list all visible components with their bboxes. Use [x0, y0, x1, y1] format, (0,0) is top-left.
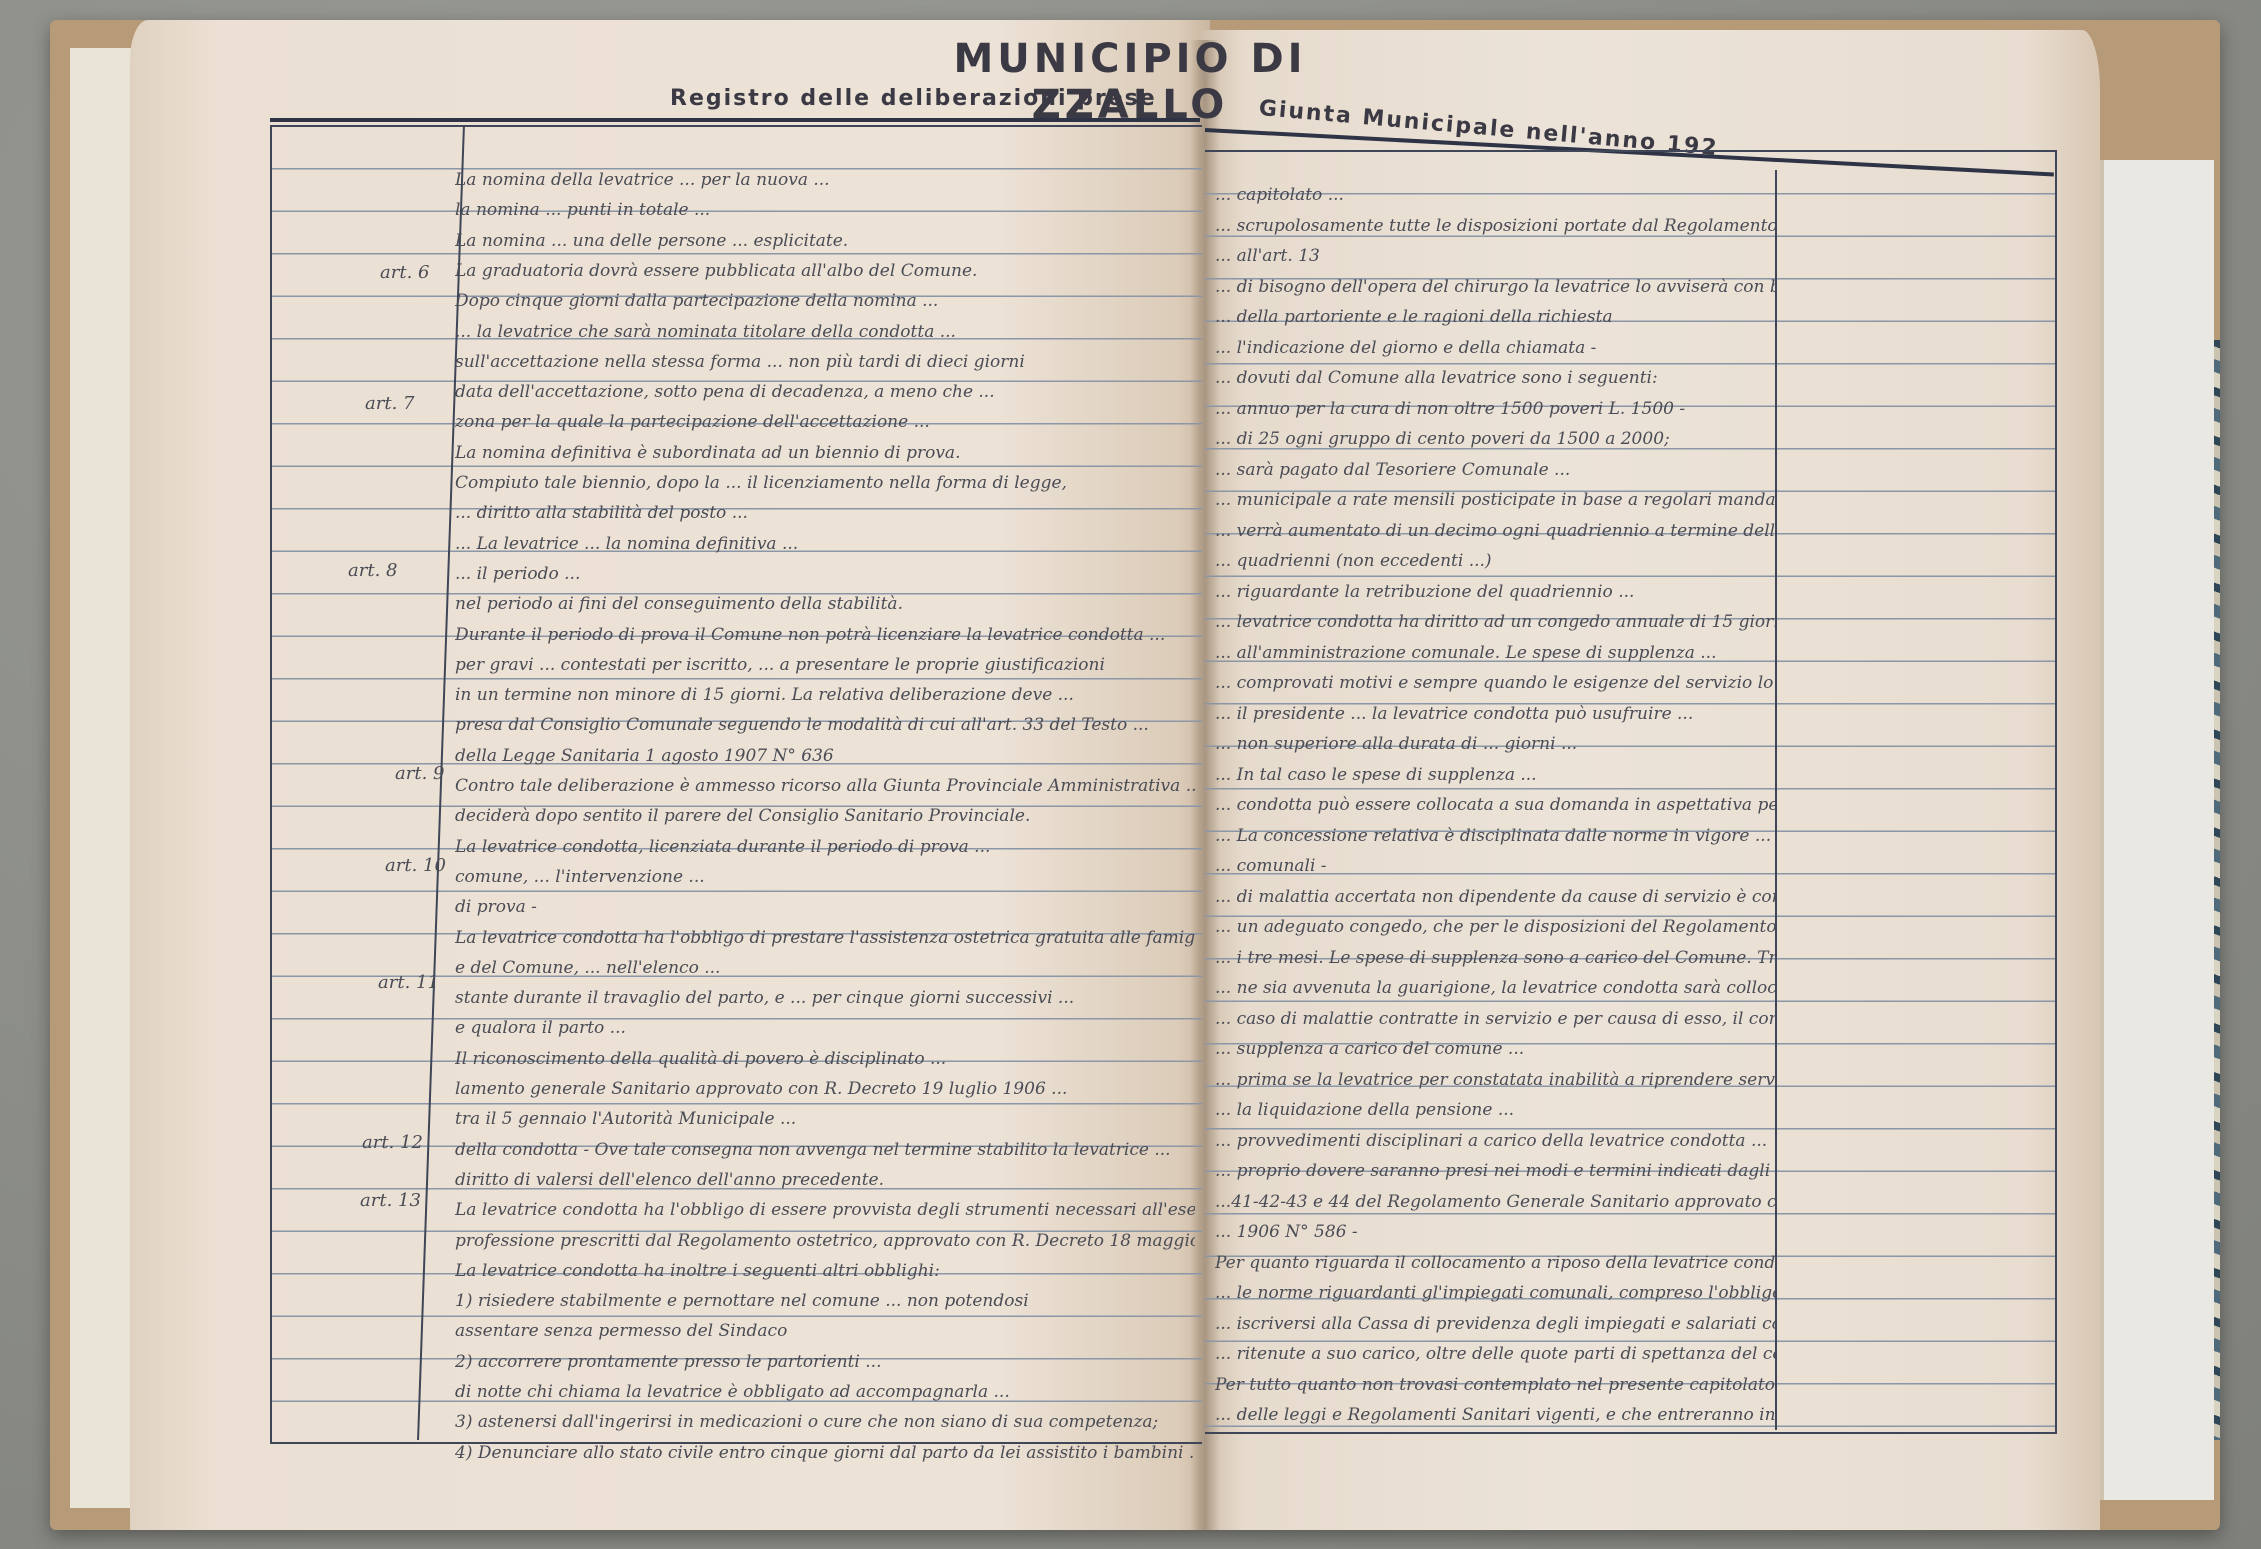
- title-left: MUNICIPIO DI: [953, 36, 1306, 82]
- handwritten-line: e del Comune, ... nell'elenco ...: [455, 958, 1195, 978]
- handwritten-line: La levatrice condotta ha l'obbligo di pr…: [455, 928, 1195, 948]
- handwritten-line: presa dal Consiglio Comunale seguendo le…: [455, 715, 1195, 735]
- handwritten-line: Compiuto tale biennio, dopo la ... il li…: [455, 473, 1195, 493]
- handwritten-line: ... In tal caso le spese di supplenza ..…: [1215, 765, 1775, 785]
- handwritten-line: ... comprovati motivi e sempre quando le…: [1215, 673, 1775, 693]
- handwritten-line: stante durante il travaglio del parto, e…: [455, 988, 1195, 1008]
- handwritten-line: ... iscriversi alla Cassa di previdenza …: [1215, 1314, 1775, 1334]
- handwritten-line: per gravi ... contestati per iscritto, .…: [455, 655, 1195, 675]
- handwritten-line: Per quanto riguarda il collocamento a ri…: [1215, 1253, 1775, 1273]
- handwritten-line: 1) risiedere stabilmente e pernottare ne…: [455, 1291, 1195, 1311]
- handwritten-line: ... riguardante la retribuzione del quad…: [1215, 582, 1775, 602]
- handwritten-line: professione prescritti dal Regolamento o…: [455, 1231, 1195, 1251]
- handwritten-line: ... diritto alla stabilità del posto ...: [455, 503, 1195, 523]
- handwritten-line: ... ritenute a suo carico, oltre delle q…: [1215, 1344, 1775, 1364]
- handwritten-line: ... provvedimenti disciplinari a carico …: [1215, 1131, 1775, 1151]
- handwritten-line: della condotta - Ove tale consegna non a…: [455, 1140, 1195, 1160]
- handwritten-line: La levatrice condotta ha l'obbligo di es…: [455, 1200, 1195, 1220]
- handwritten-line: ... della partoriente e le ragioni della…: [1215, 307, 1775, 327]
- margin-article: art. 8: [348, 560, 397, 581]
- handwritten-line: La nomina ... una delle persone ... espl…: [455, 231, 1195, 251]
- handwritten-line: Durante il periodo di prova il Comune no…: [455, 625, 1195, 645]
- handwritten-line: ... scrupolosamente tutte le disposizion…: [1215, 216, 1775, 236]
- handwritten-line: deciderà dopo sentito il parere del Cons…: [455, 806, 1195, 826]
- handwritten-line: ... La levatrice ... la nomina definitiv…: [455, 534, 1195, 554]
- flyleaf-right: [2100, 160, 2214, 1500]
- handwritten-line: ...41-42-43 e 44 del Regolamento General…: [1215, 1192, 1775, 1212]
- handwritten-line: ... La concessione relativa è disciplina…: [1215, 826, 1775, 846]
- handwritten-line: ... i tre mesi. Le spese di supplenza so…: [1215, 948, 1775, 968]
- handwritten-line: e qualora il parto ...: [455, 1018, 1195, 1038]
- handwritten-line: della Legge Sanitaria 1 agosto 1907 N° 6…: [455, 746, 1195, 766]
- handwritten-line: ... dovuti dal Comune alla levatrice son…: [1215, 368, 1775, 388]
- handwritten-line: ... la liquidazione della pensione ...: [1215, 1100, 1775, 1120]
- handwritten-line: ... prima se la levatrice per constatata…: [1215, 1070, 1775, 1090]
- handwritten-line: ... 1906 N° 586 -: [1215, 1222, 1775, 1242]
- handwritten-line: ... verrà aumentato di un decimo ogni qu…: [1215, 521, 1775, 541]
- handwritten-line: ... ne sia avvenuta la guarigione, la le…: [1215, 978, 1775, 998]
- handwritten-line: ... delle leggi e Regolamenti Sanitari v…: [1215, 1405, 1775, 1425]
- handwritten-line: Il riconoscimento della qualità di pover…: [455, 1049, 1195, 1069]
- handwritten-line: zona per la quale la partecipazione dell…: [455, 412, 1195, 432]
- handwritten-line: ... la levatrice che sarà nominata titol…: [455, 322, 1195, 342]
- handwritten-line: di notte chi chiama la levatrice è obbli…: [455, 1382, 1195, 1402]
- handwritten-line: assentare senza permesso del Sindaco: [455, 1321, 1195, 1341]
- handwritten-line: la nomina ... punti in totale ...: [455, 200, 1195, 220]
- handwritten-line: diritto di valersi dell'elenco dell'anno…: [455, 1170, 1195, 1190]
- handwritten-line: data dell'accettazione, sotto pena di de…: [455, 382, 1195, 402]
- margin-article: art. 10: [385, 855, 446, 876]
- handwritten-line: Contro tale deliberazione è ammesso rico…: [455, 776, 1195, 796]
- handwritten-line: ... capitolato ...: [1215, 185, 1775, 205]
- handwritten-line: lamento generale Sanitario approvato con…: [455, 1079, 1195, 1099]
- handwritten-line: La nomina definitiva è subordinata ad un…: [455, 443, 1195, 463]
- margin-line-right: [1775, 170, 1777, 1430]
- handwritten-line: ... all'amministrazione comunale. Le spe…: [1215, 643, 1775, 663]
- handwritten-line: ... il periodo ...: [455, 564, 1195, 584]
- margin-article: art. 13: [360, 1190, 421, 1211]
- handwritten-line: sull'accettazione nella stessa forma ...…: [455, 352, 1195, 372]
- handwritten-line: La nomina della levatrice ... per la nuo…: [455, 170, 1195, 190]
- handwritten-line: ... supplenza a carico del comune ...: [1215, 1039, 1775, 1059]
- handwritten-line: ... il presidente ... la levatrice condo…: [1215, 704, 1775, 724]
- handwritten-line: ... proprio dovere saranno presi nei mod…: [1215, 1161, 1775, 1181]
- handwritten-line: ... caso di malattie contratte in serviz…: [1215, 1009, 1775, 1029]
- handwritten-line: ... di 25 ogni gruppo di cento poveri da…: [1215, 429, 1775, 449]
- handwritten-line: ... condotta può essere collocata a sua …: [1215, 795, 1775, 815]
- handwritten-line: Per tutto quanto non trovasi contemplato…: [1215, 1375, 1775, 1395]
- handwritten-line: ... levatrice condotta ha diritto ad un …: [1215, 612, 1775, 632]
- handwritten-line: 2) accorrere prontamente presso le parto…: [455, 1352, 1195, 1372]
- handwritten-line: 4) Denunciare allo stato civile entro ci…: [455, 1443, 1195, 1463]
- margin-article: art. 11: [378, 972, 439, 993]
- handwritten-line: Dopo cinque giorni dalla partecipazione …: [455, 291, 1195, 311]
- handwritten-line: ... sarà pagato dal Tesoriere Comunale .…: [1215, 460, 1775, 480]
- handwritten-line: comune, ... l'intervenzione ...: [455, 867, 1195, 887]
- handwritten-line: ... non superiore alla durata di ... gio…: [1215, 734, 1775, 754]
- handwritten-line: La levatrice condotta, licenziata durant…: [455, 837, 1195, 857]
- handwritten-line: ... l'indicazione del giorno e della chi…: [1215, 338, 1775, 358]
- handwritten-line: in un termine non minore di 15 giorni. L…: [455, 685, 1195, 705]
- handwritten-line: ... all'art. 13: [1215, 246, 1775, 266]
- handwritten-line: ... quadrienni (non eccedenti ...): [1215, 551, 1775, 571]
- margin-article: art. 12: [362, 1132, 423, 1153]
- handwritten-line: ... le norme riguardanti gl'impiegati co…: [1215, 1283, 1775, 1303]
- header-rule-left: [270, 118, 1200, 122]
- handwritten-line: ... di malattia accertata non dipendente…: [1215, 887, 1775, 907]
- handwritten-line: ... un adeguato congedo, che per le disp…: [1215, 917, 1775, 937]
- handwritten-line: nel periodo ai fini del conseguimento de…: [455, 594, 1195, 614]
- margin-article: art. 6: [380, 262, 429, 283]
- handwritten-line: La graduatoria dovrà essere pubblicata a…: [455, 261, 1195, 281]
- handwritten-line: 3) astenersi dall'ingerirsi in medicazio…: [455, 1412, 1195, 1432]
- margin-article: art. 9: [395, 763, 444, 784]
- handwritten-line: tra il 5 gennaio l'Autorità Municipale .…: [455, 1109, 1195, 1129]
- handwritten-line: ... annuo per la cura di non oltre 1500 …: [1215, 399, 1775, 419]
- register-subtitle-left: Registro delle deliberazioni prese: [670, 86, 1157, 111]
- handwritten-line: La levatrice condotta ha inoltre i segue…: [455, 1261, 1195, 1281]
- handwritten-line: ... municipale a rate mensili posticipat…: [1215, 490, 1775, 510]
- handwritten-line: ... di bisogno dell'opera del chirurgo l…: [1215, 277, 1775, 297]
- handwritten-line: di prova -: [455, 897, 1195, 917]
- margin-article: art. 7: [365, 393, 414, 414]
- handwritten-line: ... comunali -: [1215, 856, 1775, 876]
